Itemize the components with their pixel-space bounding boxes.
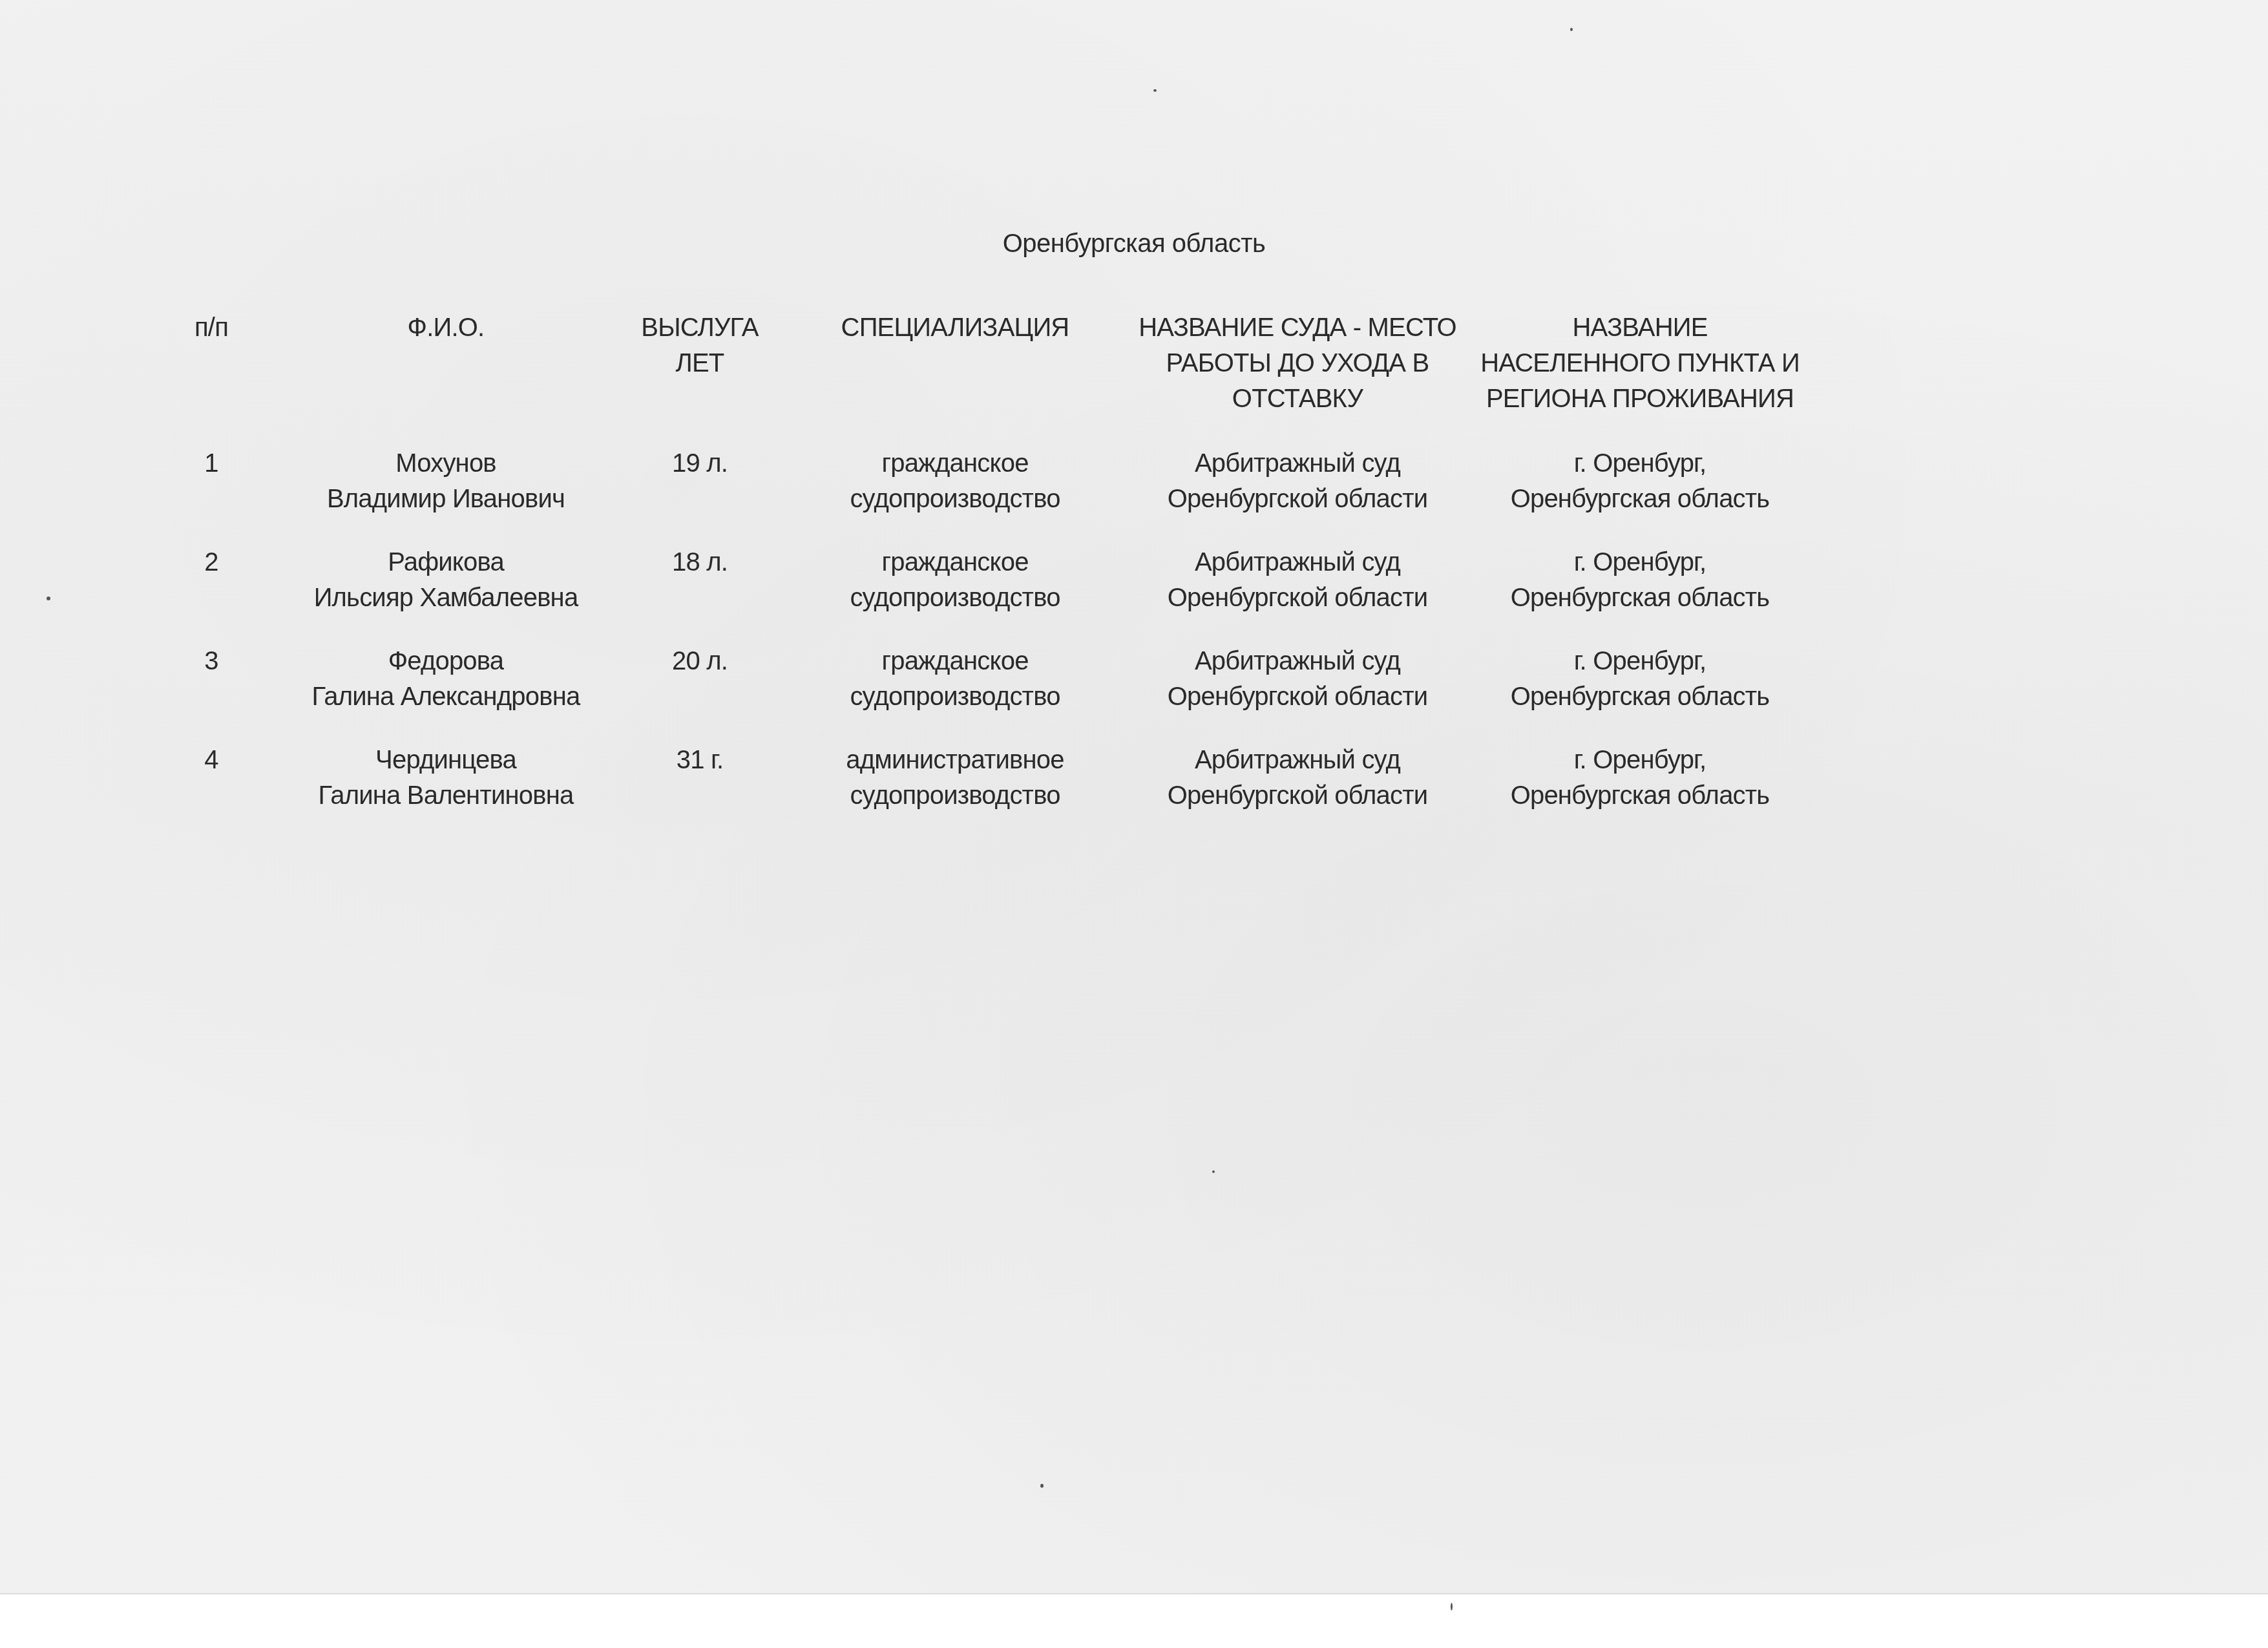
cell-name: РафиковаИльсияр Хамбалеевна (314, 545, 578, 616)
cell-num: 4 (204, 743, 218, 778)
scan-speck (1212, 1170, 1215, 1173)
cell-years: 18 л. (672, 545, 728, 580)
header-residence: НАЗВАНИЕ НАСЕЛЕННОГО ПУНКТА И РЕГИОНА ПР… (1480, 310, 1800, 417)
document-title: Оренбургская область (0, 226, 2268, 262)
cell-residence: г. Оренбург,Оренбургская область (1511, 446, 1770, 517)
scan-speck (1153, 89, 1157, 92)
cell-specialization: административноесудопроизводство (846, 743, 1064, 814)
cell-specialization: гражданскоесудопроизводство (850, 545, 1060, 616)
cell-num: 2 (204, 545, 218, 580)
cell-years: 19 л. (672, 446, 728, 481)
cell-residence: г. Оренбург,Оренбургская область (1511, 644, 1770, 715)
cell-court: Арбитражный судОренбургской области (1168, 545, 1428, 616)
cell-court: Арбитражный судОренбургской области (1168, 446, 1428, 517)
header-name: Ф.И.О. (408, 310, 485, 346)
cell-court: Арбитражный судОренбургской области (1168, 644, 1428, 715)
header-specialization: СПЕЦИАЛИЗАЦИЯ (841, 310, 1069, 346)
cell-years: 31 г. (677, 743, 723, 778)
scan-speck (47, 597, 50, 600)
cell-specialization: гражданскоесудопроизводство (850, 446, 1060, 517)
cell-specialization: гражданскоесудопроизводство (850, 644, 1060, 715)
cell-name: ЧердинцеваГалина Валентиновна (319, 743, 574, 814)
cell-num: 3 (204, 644, 218, 679)
cell-residence: г. Оренбург,Оренбургская область (1511, 545, 1770, 616)
cell-residence: г. Оренбург,Оренбургская область (1511, 743, 1770, 814)
cell-court: Арбитражный судОренбургской области (1168, 743, 1428, 814)
cell-name: МохуновВладимир Иванович (327, 446, 565, 517)
header-court: НАЗВАНИЕ СУДА - МЕСТО РАБОТЫ ДО УХОДА В … (1139, 310, 1456, 417)
header-num: п/п (194, 310, 228, 346)
cell-name: ФедороваГалина Александровна (312, 644, 580, 715)
scan-speck (1040, 1484, 1044, 1488)
scan-speck (1570, 28, 1573, 31)
scan-speck (1451, 1603, 1453, 1611)
cell-years: 20 л. (672, 644, 728, 679)
cell-num: 1 (204, 446, 218, 481)
header-years: ВЫСЛУГА ЛЕТ (641, 310, 758, 381)
